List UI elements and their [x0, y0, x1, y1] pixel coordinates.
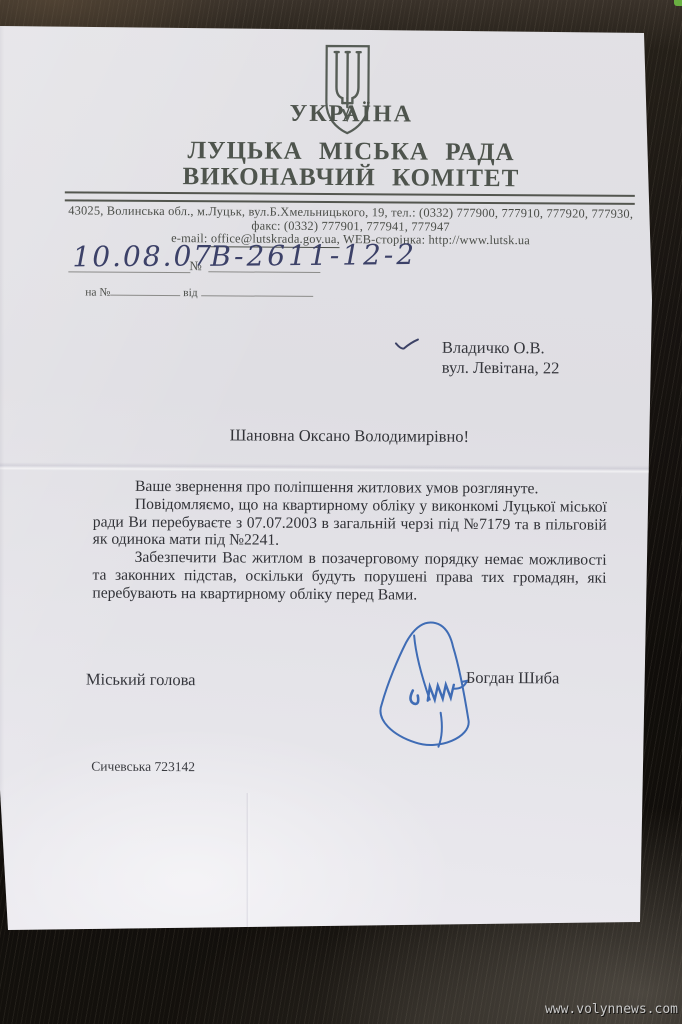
photo-watermark: www.volynnews.com [545, 1002, 678, 1017]
letter-content: УКРАЇНА ЛУЦЬКА МІСЬКА РАДА ВИКОНАВЧИЙ КО… [0, 0, 682, 1024]
body-paragraph-3: Забезпечити Вас житлом в позачерговому п… [92, 549, 606, 606]
country-name: УКРАЇНА [21, 99, 681, 130]
reply-to-label: на № [85, 287, 110, 299]
pen-checkmark-icon [393, 336, 421, 354]
recipient-name: Владичко О.В. [442, 338, 545, 359]
number-sign: № [189, 258, 202, 274]
paper-fold-crease-vertical [246, 793, 250, 930]
signer-position-title: Міський голова [86, 670, 196, 691]
letterhead-double-rule [65, 191, 635, 204]
photo-artifact-dot [674, 0, 682, 6]
org-name-line2: ВИКОНАВЧИЙ КОМІТЕТ [21, 162, 681, 194]
recipient-address: вул. Левітана, 22 [442, 358, 560, 379]
body-paragraph-2: Повідомляємо, що на квартирному обліку у… [93, 495, 607, 552]
reply-number-blank [110, 283, 180, 296]
paper-letter-sheet: УКРАЇНА ЛУЦЬКА МІСЬКА РАДА ВИКОНАВЧИЙ КО… [0, 0, 682, 1024]
salutation: Шановна Оксано Володимирівно! [19, 424, 679, 448]
from-label: від [183, 287, 198, 299]
handwritten-outgoing-number: В-2611-12-2 [210, 238, 417, 273]
reply-date-blank [202, 283, 314, 297]
letter-body: Ваше звернення про поліпшення житлових у… [92, 478, 607, 606]
reply-reference-line: на № від [85, 283, 314, 300]
signer-name: Богдан Шиба [466, 668, 560, 689]
executor-line: Сичевська 723142 [91, 759, 195, 776]
